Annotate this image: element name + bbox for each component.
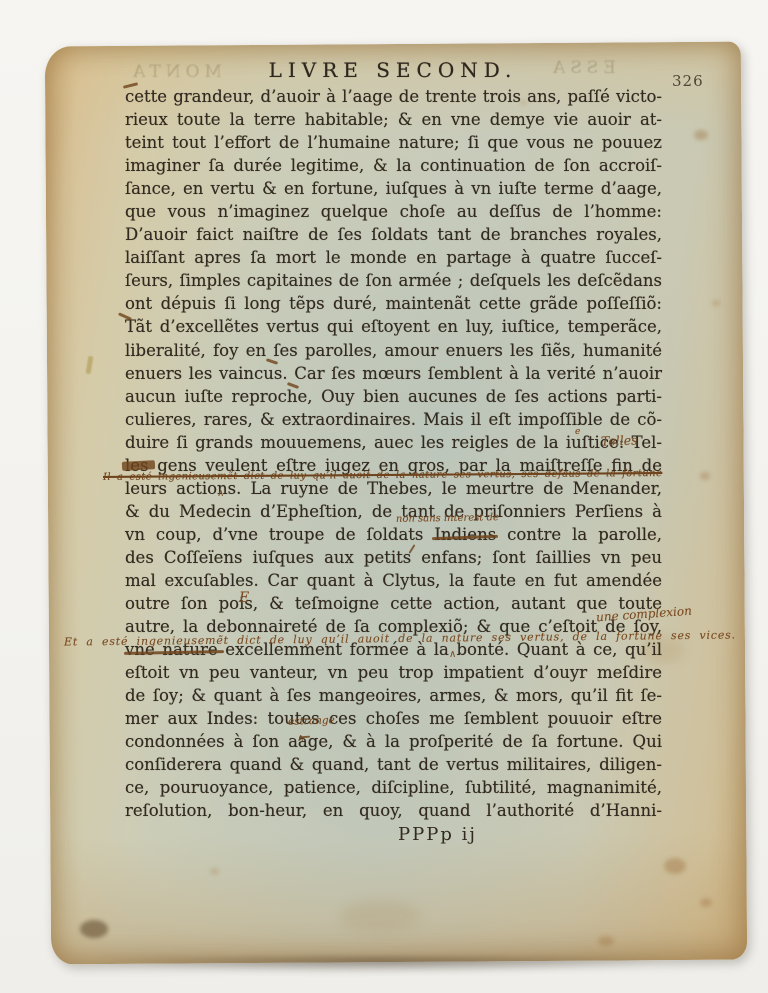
margin-mark bbox=[86, 356, 94, 375]
insertion-caret: ∧ bbox=[449, 649, 456, 660]
handwritten-margin-word: Telles bbox=[601, 432, 638, 448]
insertion-caret: ∧ bbox=[297, 733, 304, 744]
ink-strike-les bbox=[122, 460, 155, 471]
page-bottom-shadow bbox=[24, 957, 738, 975]
pen-stroke bbox=[266, 358, 278, 365]
handwritten-letter-correction: e bbox=[575, 427, 580, 437]
handwritten-line-end-insertion: une complexion bbox=[596, 604, 693, 625]
pen-stroke bbox=[118, 312, 132, 320]
handwritten-insertion-above-contre: non sans interest de bbox=[396, 512, 499, 525]
pen-stroke bbox=[287, 382, 299, 389]
insertion-caret: ∧ bbox=[217, 488, 224, 499]
ink-strike-vne-nature bbox=[124, 650, 224, 655]
handwritten-insertion-estrange: estrange bbox=[288, 714, 335, 728]
handwritten-interlinear-rewrite: Et a esté ingenieusemẽt dict de luy qu’i… bbox=[64, 628, 736, 648]
ink-strike-la bbox=[299, 736, 310, 739]
manuscript-annotation-layer: e Telles Il a esté ingenieusemẽt dict de… bbox=[0, 0, 768, 993]
handwritten-crossed-out-line: Il a esté ingenieusemẽt dict de luy qu’i… bbox=[103, 468, 662, 483]
pen-stroke bbox=[123, 82, 138, 89]
handwritten-capital-e: E bbox=[239, 590, 249, 606]
pen-stroke bbox=[409, 544, 416, 554]
scanned-book-page-photo: MONTA LIVRE SECOND. ESSA 326 cette grand… bbox=[0, 0, 768, 993]
ink-strike-contre bbox=[432, 535, 498, 540]
